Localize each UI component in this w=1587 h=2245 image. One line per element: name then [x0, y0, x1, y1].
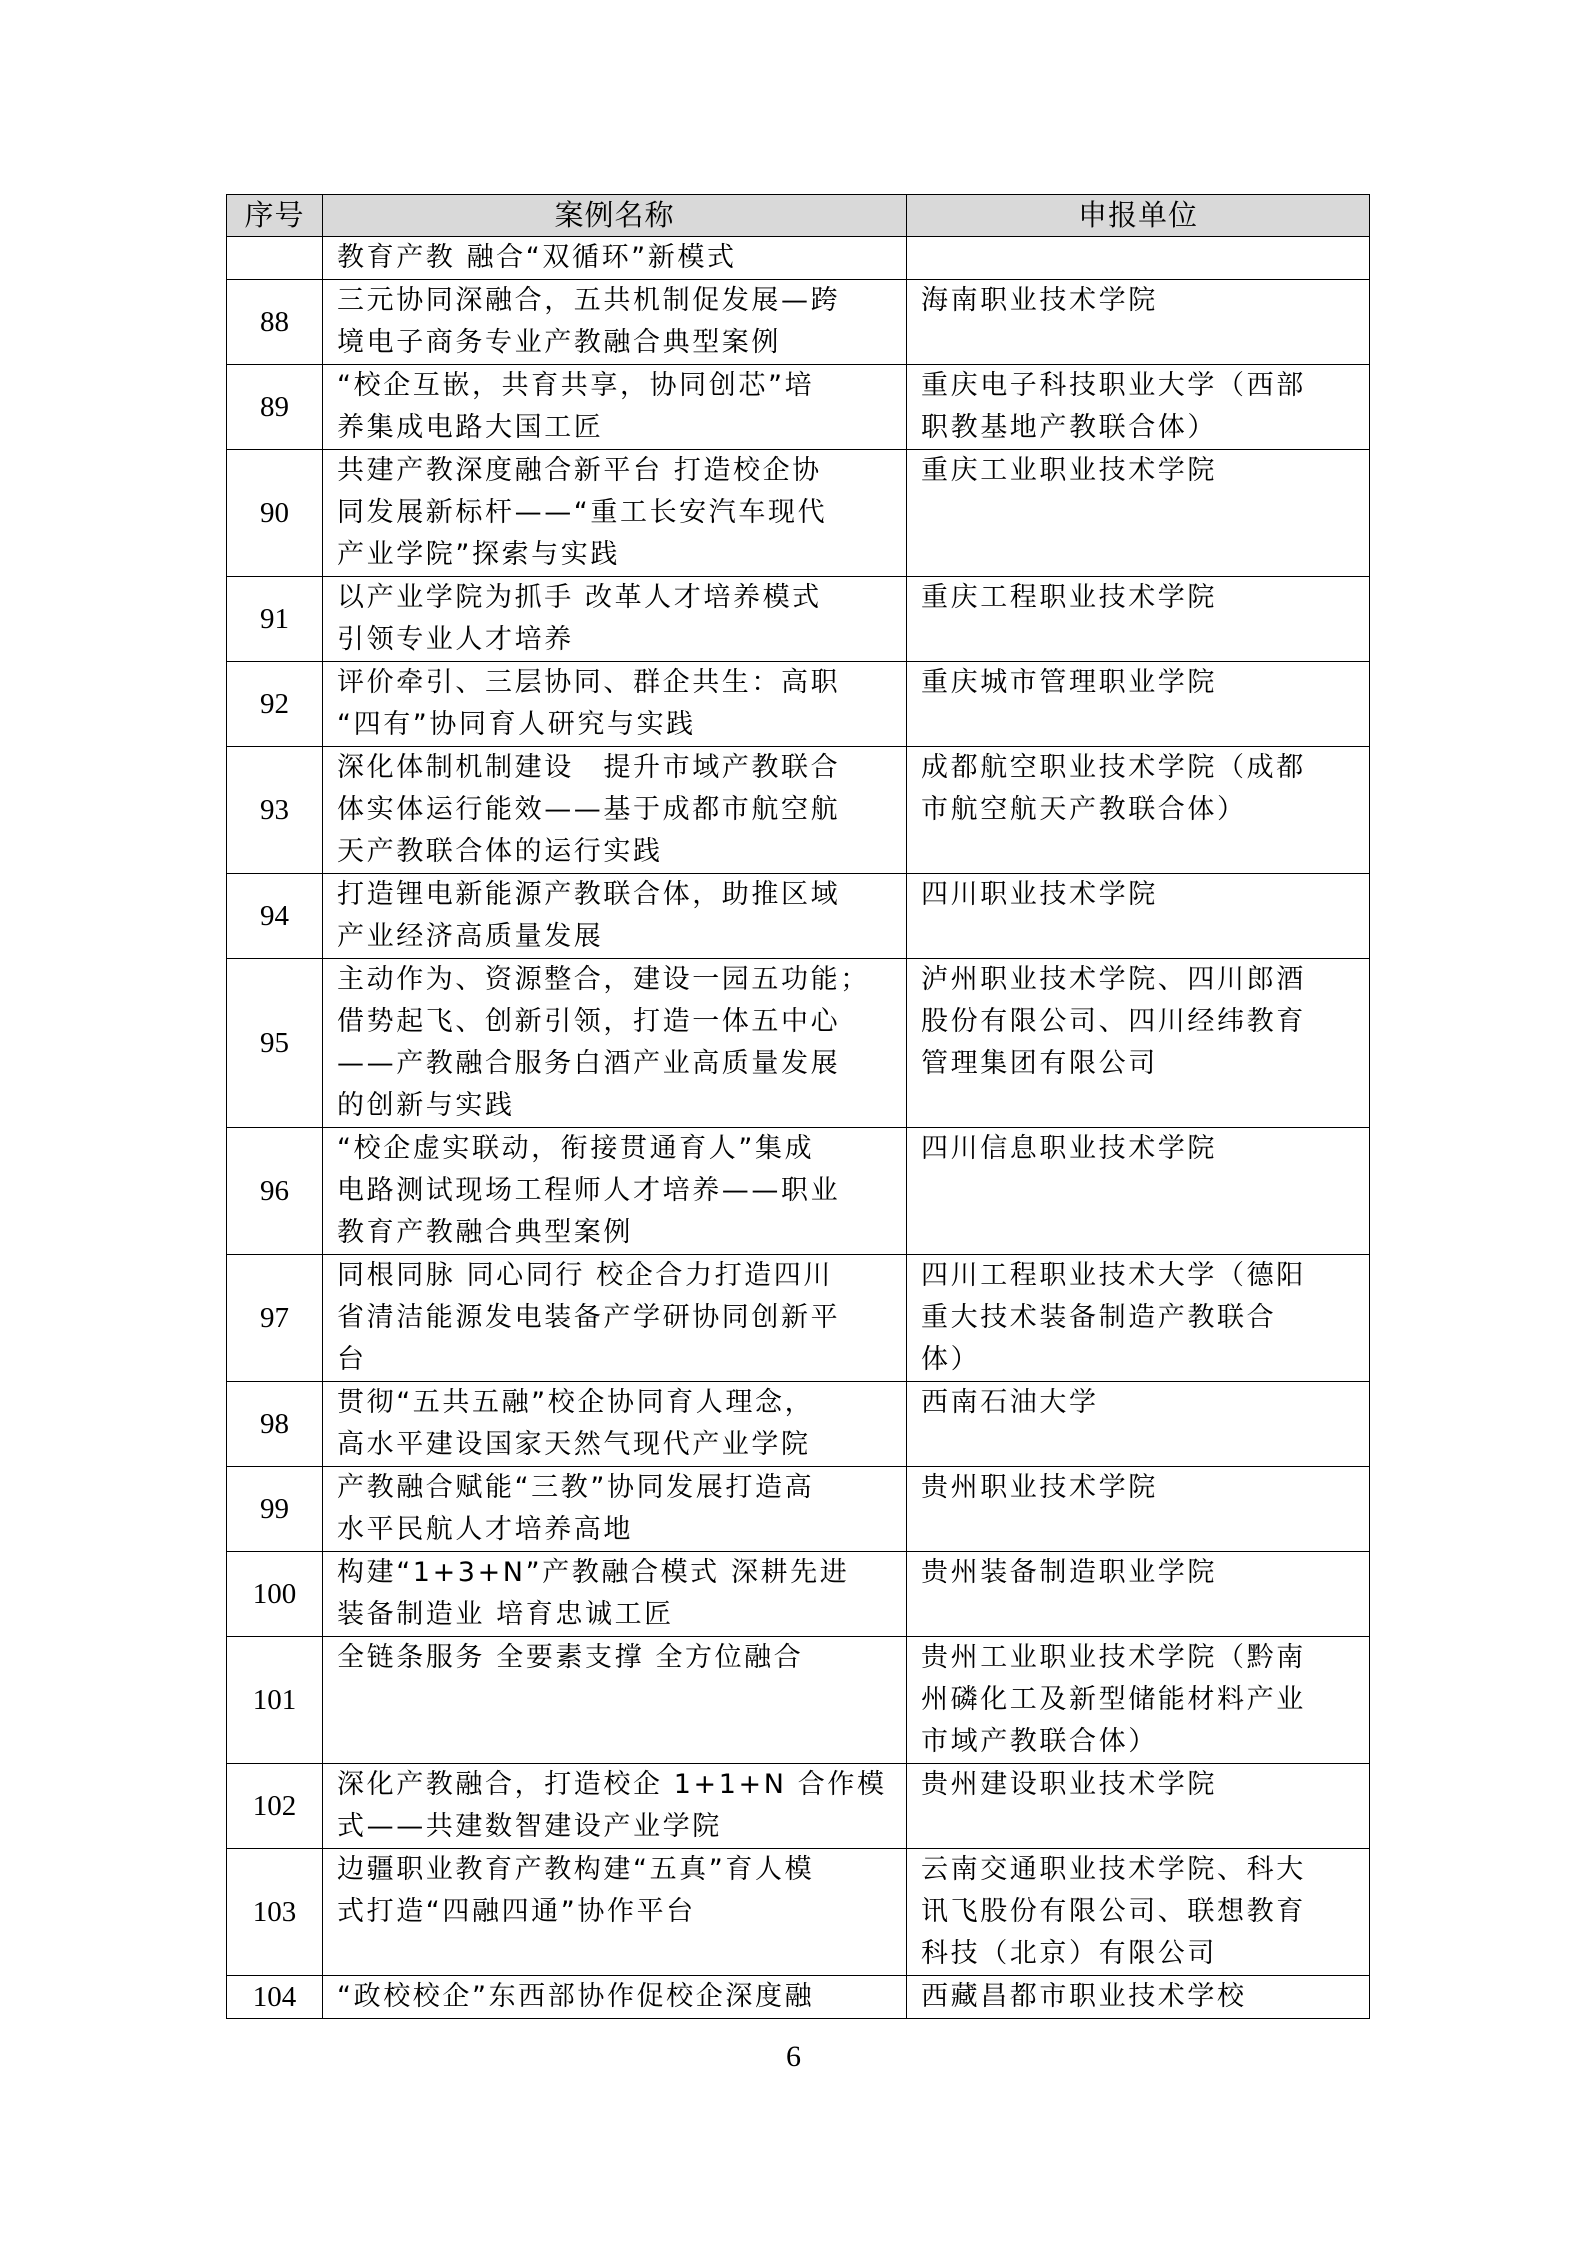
cell-case-name: 深化体制机制建设 提升市域产教联合 体实体运行能效——基于成都市航空航 天产教联…: [323, 747, 907, 874]
table-row: 93深化体制机制建设 提升市域产教联合 体实体运行能效——基于成都市航空航 天产…: [227, 747, 1370, 874]
cell-serial-number: 98: [227, 1382, 323, 1467]
cell-applicant-unit: 重庆城市管理职业学院: [907, 662, 1370, 747]
cell-serial-number: [227, 237, 323, 280]
table-row: 104“政校校企”东西部协作促校企深度融西藏昌都市职业技术学校: [227, 1976, 1370, 2019]
cell-serial-number: 88: [227, 280, 323, 365]
cell-applicant-unit: 贵州建设职业技术学院: [907, 1764, 1370, 1849]
cell-case-name: “政校校企”东西部协作促校企深度融: [323, 1976, 907, 2019]
header-serial-number: 序号: [227, 195, 323, 237]
cell-applicant-unit: 四川工程职业技术大学（德阳 重大技术装备制造产教联合 体）: [907, 1255, 1370, 1382]
table-row: 102深化产教融合，打造校企 1+1+N 合作模 式——共建数智建设产业学院贵州…: [227, 1764, 1370, 1849]
table-row: 103边疆职业教育产教构建“五真”育人模 式打造“四融四通”协作平台云南交通职业…: [227, 1849, 1370, 1976]
cell-applicant-unit: 贵州工业职业技术学院（黔南 州磷化工及新型储能材料产业 市域产教联合体）: [907, 1637, 1370, 1764]
cell-serial-number: 90: [227, 450, 323, 577]
cell-case-name: 三元协同深融合，五共机制促发展—跨 境电子商务专业产教融合典型案例: [323, 280, 907, 365]
cell-case-name: 评价牵引、三层协同、群企共生：高职 “四有”协同育人研究与实践: [323, 662, 907, 747]
cell-applicant-unit: 成都航空职业技术学院（成都 市航空航天产教联合体）: [907, 747, 1370, 874]
page-number: 6: [0, 2040, 1587, 2074]
cell-applicant-unit: [907, 237, 1370, 280]
cell-case-name: “校企虚实联动，衔接贯通育人”集成 电路测试现场工程师人才培养——职业 教育产教…: [323, 1128, 907, 1255]
cell-serial-number: 95: [227, 959, 323, 1128]
table-row: 96“校企虚实联动，衔接贯通育人”集成 电路测试现场工程师人才培养——职业 教育…: [227, 1128, 1370, 1255]
cell-applicant-unit: 贵州装备制造职业学院: [907, 1552, 1370, 1637]
cell-case-name: 边疆职业教育产教构建“五真”育人模 式打造“四融四通”协作平台: [323, 1849, 907, 1976]
table-row: 88三元协同深融合，五共机制促发展—跨 境电子商务专业产教融合典型案例海南职业技…: [227, 280, 1370, 365]
cell-case-name: 共建产教深度融合新平台 打造校企协 同发展新标杆——“重工长安汽车现代 产业学院…: [323, 450, 907, 577]
table-header-row: 序号 案例名称 申报单位: [227, 195, 1370, 237]
header-applicant-unit: 申报单位: [907, 195, 1370, 237]
cell-applicant-unit: 重庆电子科技职业大学（西部 职教基地产教联合体）: [907, 365, 1370, 450]
cell-serial-number: 89: [227, 365, 323, 450]
table-row: 97同根同脉 同心同行 校企合力打造四川 省清洁能源发电装备产学研协同创新平 台…: [227, 1255, 1370, 1382]
cell-case-name: 构建“1+3+N”产教融合模式 深耕先进 装备制造业 培育忠诚工匠: [323, 1552, 907, 1637]
cell-case-name: 以产业学院为抓手 改革人才培养模式 引领专业人才培养: [323, 577, 907, 662]
cell-case-name: 打造锂电新能源产教联合体，助推区域 产业经济高质量发展: [323, 874, 907, 959]
cell-applicant-unit: 西藏昌都市职业技术学校: [907, 1976, 1370, 2019]
cell-applicant-unit: 西南石油大学: [907, 1382, 1370, 1467]
table-row: 95主动作为、资源整合，建设一园五功能； 借势起飞、创新引领，打造一体五中心 —…: [227, 959, 1370, 1128]
cell-serial-number: 93: [227, 747, 323, 874]
cell-serial-number: 99: [227, 1467, 323, 1552]
table-row: 94打造锂电新能源产教联合体，助推区域 产业经济高质量发展四川职业技术学院: [227, 874, 1370, 959]
cell-serial-number: 103: [227, 1849, 323, 1976]
cell-serial-number: 97: [227, 1255, 323, 1382]
case-list-table: 序号 案例名称 申报单位 教育产教 融合“双循环”新模式88三元协同深融合，五共…: [226, 194, 1370, 2019]
cell-case-name: 主动作为、资源整合，建设一园五功能； 借势起飞、创新引领，打造一体五中心 ——产…: [323, 959, 907, 1128]
cell-serial-number: 101: [227, 1637, 323, 1764]
cell-serial-number: 94: [227, 874, 323, 959]
table-row: 99产教融合赋能“三教”协同发展打造高 水平民航人才培养高地贵州职业技术学院: [227, 1467, 1370, 1552]
cell-applicant-unit: 四川职业技术学院: [907, 874, 1370, 959]
table-row: 91以产业学院为抓手 改革人才培养模式 引领专业人才培养重庆工程职业技术学院: [227, 577, 1370, 662]
cell-applicant-unit: 重庆工业职业技术学院: [907, 450, 1370, 577]
cell-applicant-unit: 贵州职业技术学院: [907, 1467, 1370, 1552]
cell-case-name: “校企互嵌，共育共享，协同创芯”培 养集成电路大国工匠: [323, 365, 907, 450]
cell-serial-number: 92: [227, 662, 323, 747]
cell-case-name: 教育产教 融合“双循环”新模式: [323, 237, 907, 280]
cell-case-name: 同根同脉 同心同行 校企合力打造四川 省清洁能源发电装备产学研协同创新平 台: [323, 1255, 907, 1382]
table-row: 100构建“1+3+N”产教融合模式 深耕先进 装备制造业 培育忠诚工匠贵州装备…: [227, 1552, 1370, 1637]
cell-applicant-unit: 四川信息职业技术学院: [907, 1128, 1370, 1255]
table-row: 101全链条服务 全要素支撑 全方位融合贵州工业职业技术学院（黔南 州磷化工及新…: [227, 1637, 1370, 1764]
cell-case-name: 全链条服务 全要素支撑 全方位融合: [323, 1637, 907, 1764]
cell-serial-number: 104: [227, 1976, 323, 2019]
table-row: 教育产教 融合“双循环”新模式: [227, 237, 1370, 280]
cell-serial-number: 96: [227, 1128, 323, 1255]
cell-applicant-unit: 海南职业技术学院: [907, 280, 1370, 365]
table-row: 92评价牵引、三层协同、群企共生：高职 “四有”协同育人研究与实践重庆城市管理职…: [227, 662, 1370, 747]
header-case-name: 案例名称: [323, 195, 907, 237]
document-page: 序号 案例名称 申报单位 教育产教 融合“双循环”新模式88三元协同深融合，五共…: [0, 0, 1587, 2245]
cell-serial-number: 100: [227, 1552, 323, 1637]
cell-applicant-unit: 云南交通职业技术学院、科大 讯飞股份有限公司、联想教育 科技（北京）有限公司: [907, 1849, 1370, 1976]
cell-case-name: 贯彻“五共五融”校企协同育人理念， 高水平建设国家天然气现代产业学院: [323, 1382, 907, 1467]
cell-applicant-unit: 重庆工程职业技术学院: [907, 577, 1370, 662]
table-row: 89“校企互嵌，共育共享，协同创芯”培 养集成电路大国工匠重庆电子科技职业大学（…: [227, 365, 1370, 450]
table-row: 98贯彻“五共五融”校企协同育人理念， 高水平建设国家天然气现代产业学院西南石油…: [227, 1382, 1370, 1467]
cell-case-name: 产教融合赋能“三教”协同发展打造高 水平民航人才培养高地: [323, 1467, 907, 1552]
cell-serial-number: 102: [227, 1764, 323, 1849]
cell-case-name: 深化产教融合，打造校企 1+1+N 合作模 式——共建数智建设产业学院: [323, 1764, 907, 1849]
cell-applicant-unit: 泸州职业技术学院、四川郎酒 股份有限公司、四川经纬教育 管理集团有限公司: [907, 959, 1370, 1128]
table-row: 90共建产教深度融合新平台 打造校企协 同发展新标杆——“重工长安汽车现代 产业…: [227, 450, 1370, 577]
cell-serial-number: 91: [227, 577, 323, 662]
